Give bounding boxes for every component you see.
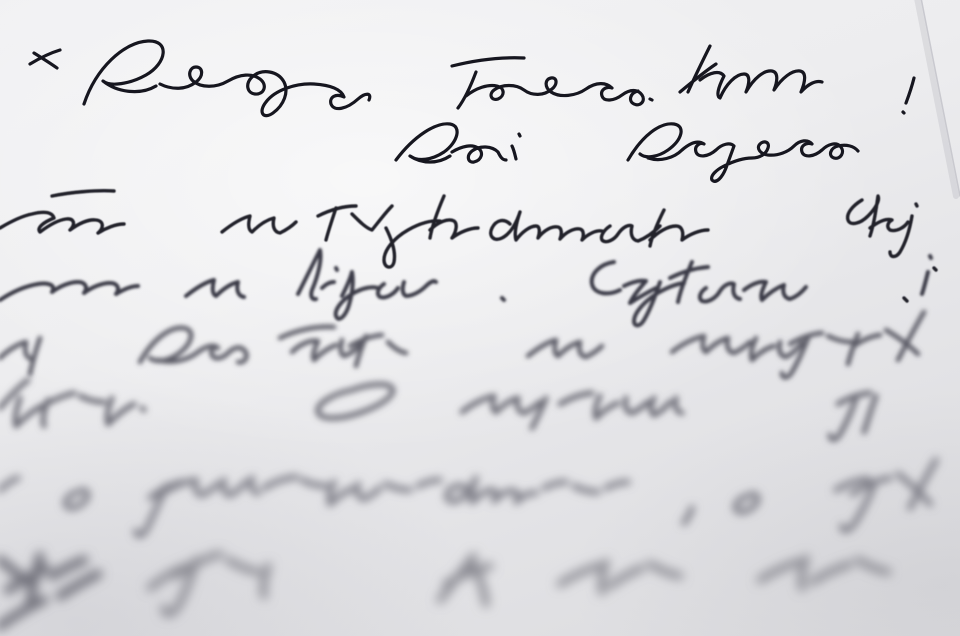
word-blurred-3 [672,312,924,377]
word-profesor [628,124,858,181]
word-x-mark [30,50,60,68]
letter-photograph: × Droga Tereso H… ! Pani Profesor …łem w… [0,0,960,636]
period [502,298,504,300]
comma [684,508,692,523]
word-blurred-3 [830,393,876,439]
word-blurred-2 [447,478,628,502]
handwriting-line-7 [0,460,936,535]
handwriting-line-2 [396,124,858,181]
word-o-capital [318,384,393,418]
paper-edge-top-right [917,0,960,196]
handwriting-line-1 [30,41,914,116]
word-i [922,256,931,294]
word-blurred-1 [462,396,546,428]
handwriting-line-8 [0,554,888,626]
word-lipcu [298,250,436,319]
word-tych [318,196,478,267]
word-pani [396,124,520,162]
fragment-left [0,191,124,233]
handwriting-line-3 [0,191,936,301]
word-lata [0,380,144,426]
word-h-name [680,46,822,98]
word-blurred-2 [280,327,406,366]
word-blurred-3 [560,562,680,592]
fragment-left [0,478,18,490]
word-o-2 [736,494,758,512]
word-blurred-1 [140,328,246,363]
handwriting-line-6 [0,380,876,439]
word-blurred-2 [440,556,490,604]
word-blurred-3 [836,460,936,530]
ink-dots [904,268,936,301]
word-w [528,340,602,357]
exclamation-mark [903,78,914,113]
word-tereso [452,58,652,108]
handwriting-layer [0,0,960,636]
word-w [222,216,296,233]
fragment-left [0,338,40,374]
word-blurred-4 [760,558,888,588]
handwriting-line-4 [0,250,931,325]
word-blurred-1 [136,477,440,535]
handwriting-line-5 [0,312,924,377]
fragment-bottom-left [0,556,98,626]
word-blurred-1 [150,554,268,614]
word-o-1 [66,490,88,508]
word-jej [848,196,917,257]
word-dniach [491,210,708,246]
fragment-left [0,282,138,300]
word-w [186,280,244,297]
word-czytam [592,262,806,325]
word-blurred-2 [560,393,682,418]
word-droga [84,41,370,116]
